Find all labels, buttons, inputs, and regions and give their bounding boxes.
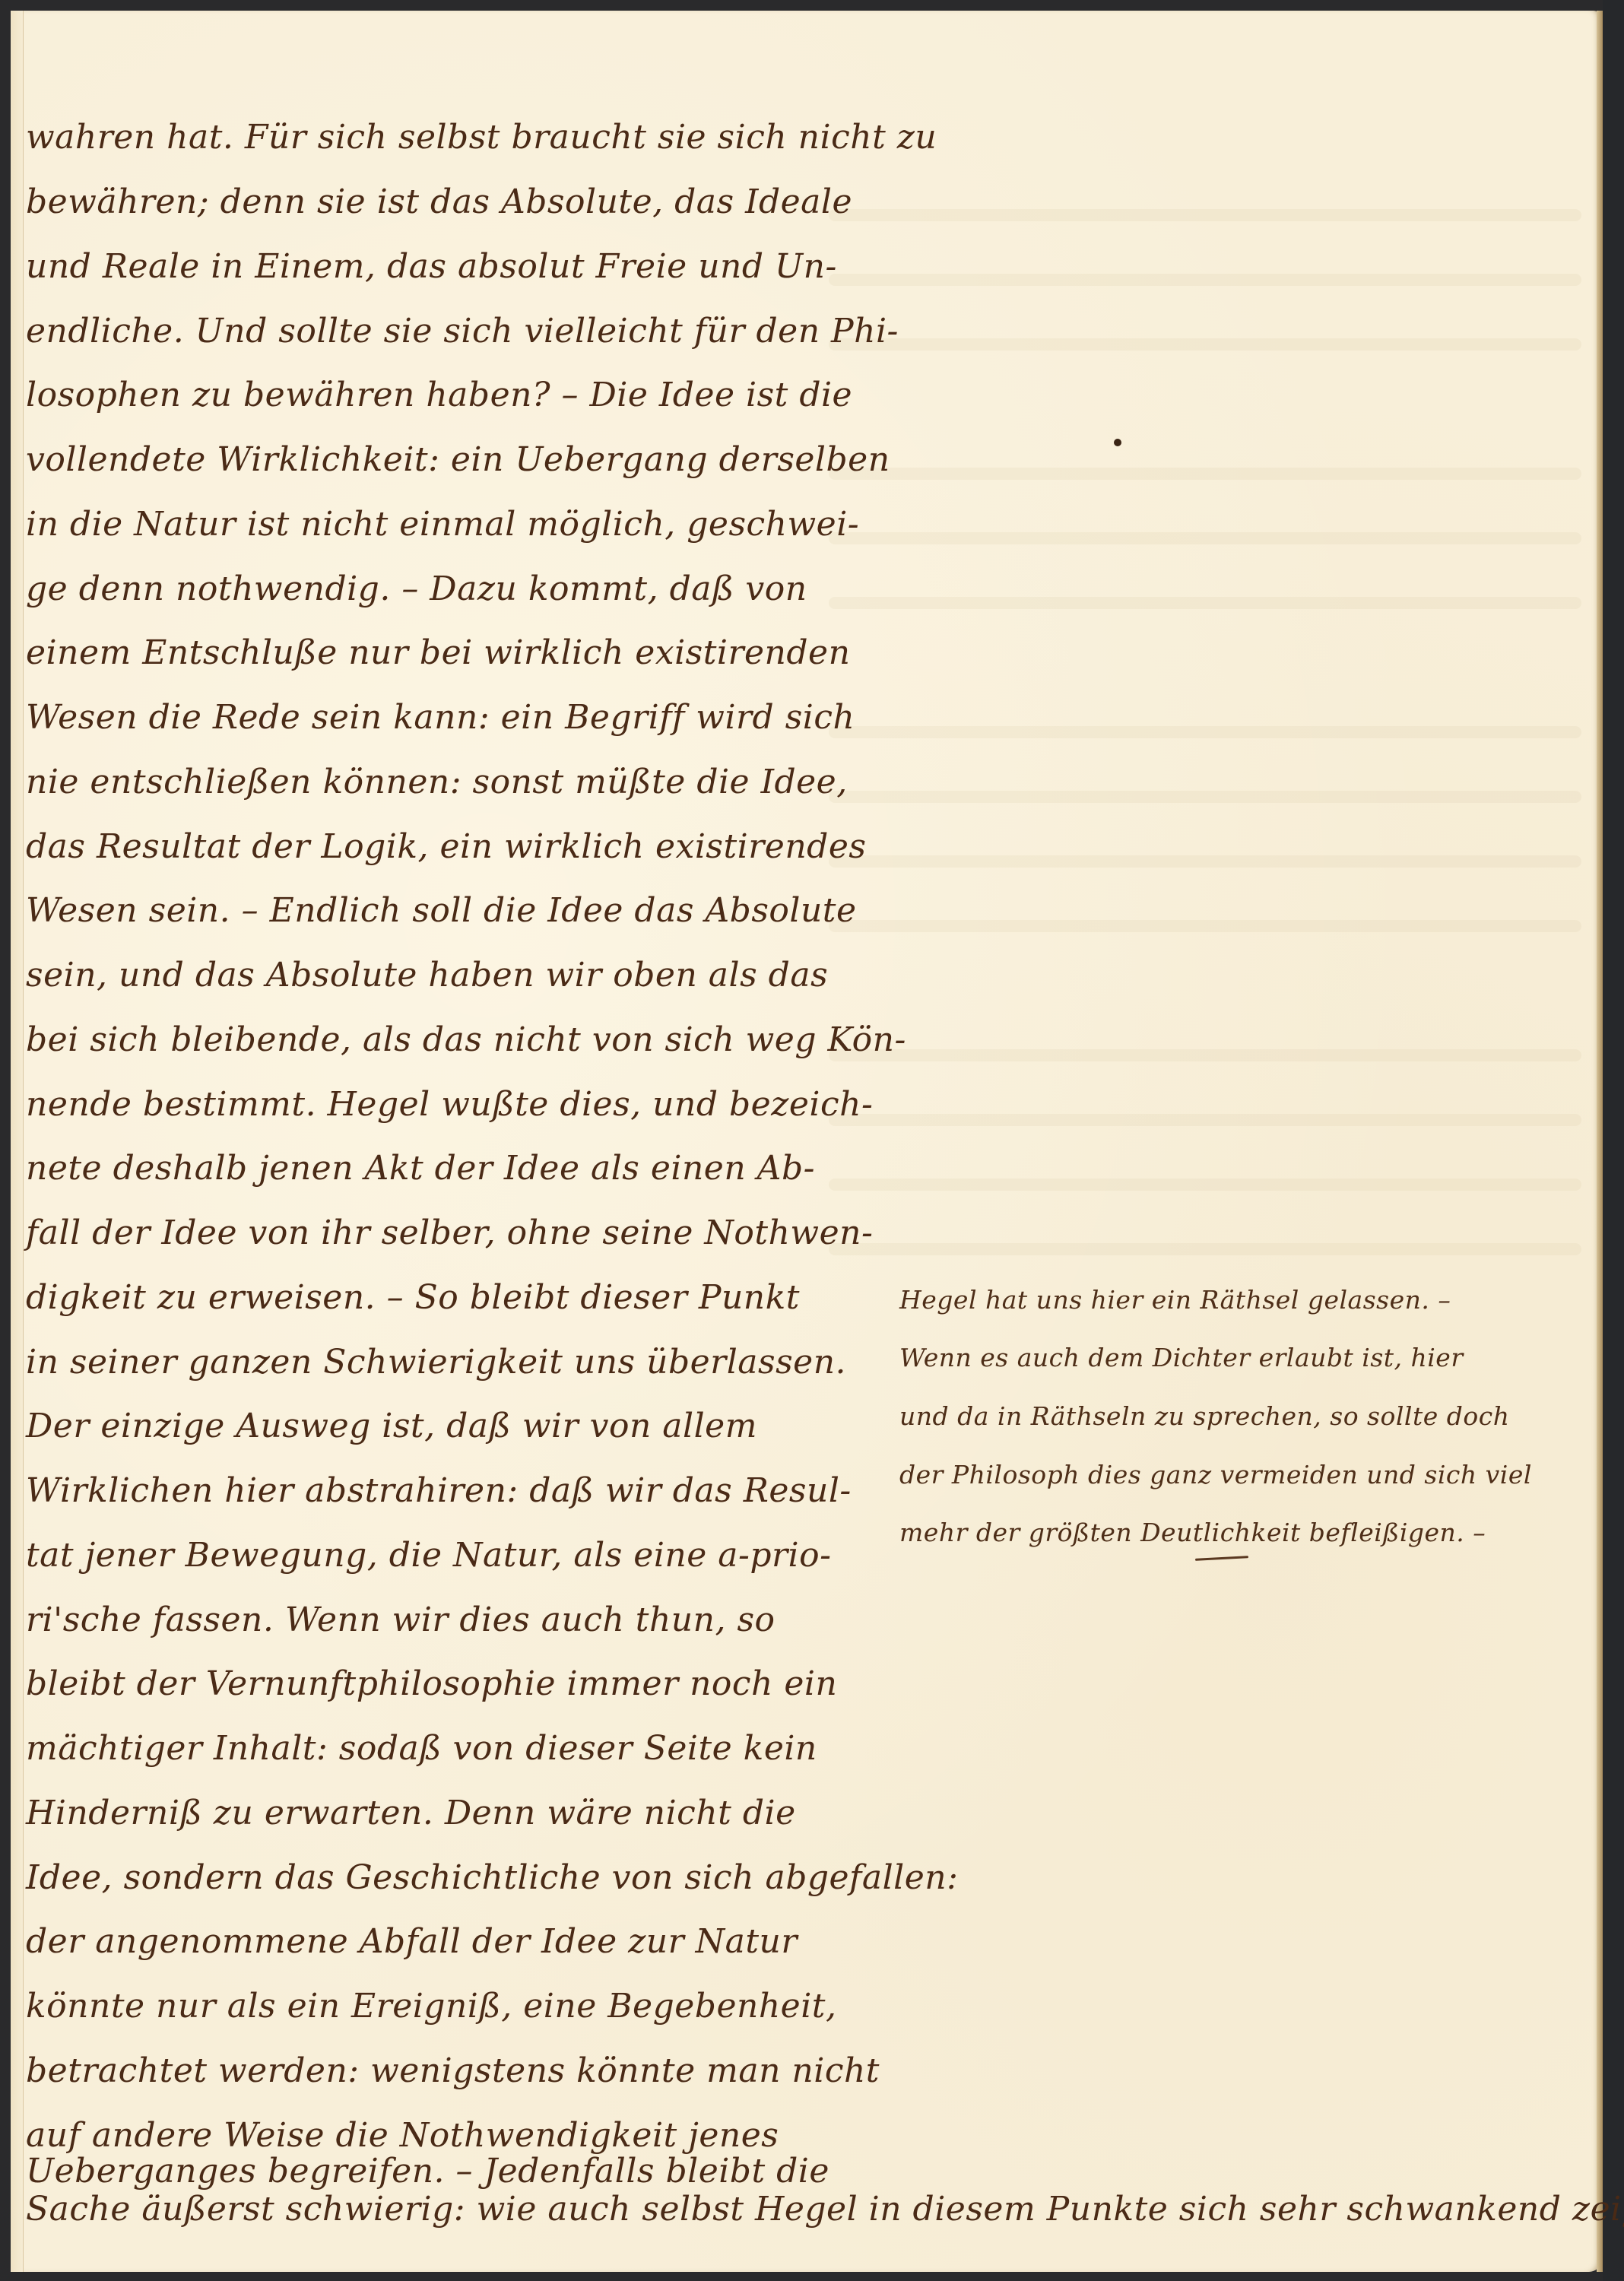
text-line: nete deshalb jenen Akt der Idee als eine… xyxy=(26,1149,815,1188)
bleed-through xyxy=(829,1049,1581,1061)
text-line: in die Natur ist nicht einmal möglich, g… xyxy=(26,505,859,544)
text-line: endliche. Und sollte sie sich vielleicht… xyxy=(26,312,899,351)
text-line: nie entschließen können: sonst müßte die… xyxy=(26,763,848,801)
page-edge xyxy=(1597,11,1603,2272)
bleed-through xyxy=(829,1243,1581,1255)
margin-note-line: und da in Räthseln zu sprechen, so sollt… xyxy=(899,1401,1509,1431)
text-line: das Resultat der Logik, ein wirklich exi… xyxy=(26,827,866,866)
text-line: wahren hat. Für sich selbst braucht sie … xyxy=(26,118,937,157)
text-line: auf andere Weise die Nothwendigkeit jene… xyxy=(26,2116,779,2155)
text-line: bewähren; denn sie ist das Absolute, das… xyxy=(26,182,852,221)
bleed-through xyxy=(829,791,1581,803)
bleed-through xyxy=(829,338,1581,351)
text-line: Wesen sein. – Endlich soll die Idee das … xyxy=(26,891,857,930)
text-line: und Reale in Einem, das absolut Freie un… xyxy=(26,247,837,286)
bleed-through xyxy=(829,532,1581,544)
text-line: der angenommene Abfall der Idee zur Natu… xyxy=(26,1922,798,1961)
bleed-through xyxy=(829,855,1581,868)
text-line: sein, und das Absolute haben wir oben al… xyxy=(26,956,828,995)
margin-note-line: der Philosoph dies ganz vermeiden und si… xyxy=(899,1460,1532,1489)
bleed-through xyxy=(829,920,1581,932)
text-line: einem Entschluße nur bei wirklich existi… xyxy=(26,633,850,672)
margin-note-line: Wenn es auch dem Dichter erlaubt ist, hi… xyxy=(899,1343,1464,1372)
text-line: könnte nur als ein Ereigniß, eine Begebe… xyxy=(26,1987,836,2026)
text-line: ri'sche fassen. Wenn wir dies auch thun,… xyxy=(26,1601,776,1639)
book-binding xyxy=(1603,0,1624,2281)
text-line: tat jener Bewegung, die Natur, als eine … xyxy=(26,1536,831,1575)
text-line: mächtiger Inhalt: sodaß von dieser Seite… xyxy=(26,1729,817,1768)
text-line: bleibt der Vernunftphilosophie immer noc… xyxy=(26,1664,837,1703)
text-line-final: Sache äußerst schwierig: wie auch selbst… xyxy=(26,2190,1624,2229)
text-line: losophen zu bewähren haben? – Die Idee i… xyxy=(26,376,852,414)
text-line: fall der Idee von ihr selber, ohne seine… xyxy=(26,1213,873,1252)
bleed-through xyxy=(829,1179,1581,1191)
bleed-through xyxy=(829,209,1581,221)
bleed-through xyxy=(829,1114,1581,1126)
text-line: ge denn nothwendig. – Dazu kommt, daß vo… xyxy=(26,569,807,608)
text-line: in seiner ganzen Schwierigkeit uns überl… xyxy=(26,1343,846,1382)
text-line: Idee, sondern das Geschichtliche von sic… xyxy=(26,1858,958,1897)
bleed-through xyxy=(829,597,1581,609)
bleed-through xyxy=(829,726,1581,738)
text-line: bei sich bleibende, als das nicht von si… xyxy=(26,1020,906,1059)
text-line: Ueberganges begreifen. – Jedenfalls blei… xyxy=(26,2152,829,2191)
text-line: Hinderniß zu erwarten. Denn wäre nicht d… xyxy=(26,1794,796,1832)
text-line: Wesen die Rede sein kann: ein Begriff wi… xyxy=(26,698,855,737)
bleed-through xyxy=(829,274,1581,286)
margin-note-line: Hegel hat uns hier ein Räthsel gelassen.… xyxy=(899,1285,1451,1315)
text-line: Wirklichen hier abstrahiren: daß wir das… xyxy=(26,1471,852,1510)
page-gutter xyxy=(11,11,24,2272)
bleed-through xyxy=(829,468,1581,480)
text-line: betrachtet werden: wenigstens könnte man… xyxy=(26,2051,880,2090)
text-line: nende bestimmt. Hegel wußte dies, und be… xyxy=(26,1085,873,1124)
text-line: Der einzige Ausweg ist, daß wir von alle… xyxy=(26,1407,757,1445)
margin-note-line: mehr der größten Deutlichkeit befleißige… xyxy=(899,1518,1486,1547)
text-line: digkeit zu erweisen. – So bleibt dieser … xyxy=(26,1278,800,1317)
text-line: vollendete Wirklichkeit: ein Uebergang d… xyxy=(26,440,890,479)
ink-spot xyxy=(1114,439,1121,446)
